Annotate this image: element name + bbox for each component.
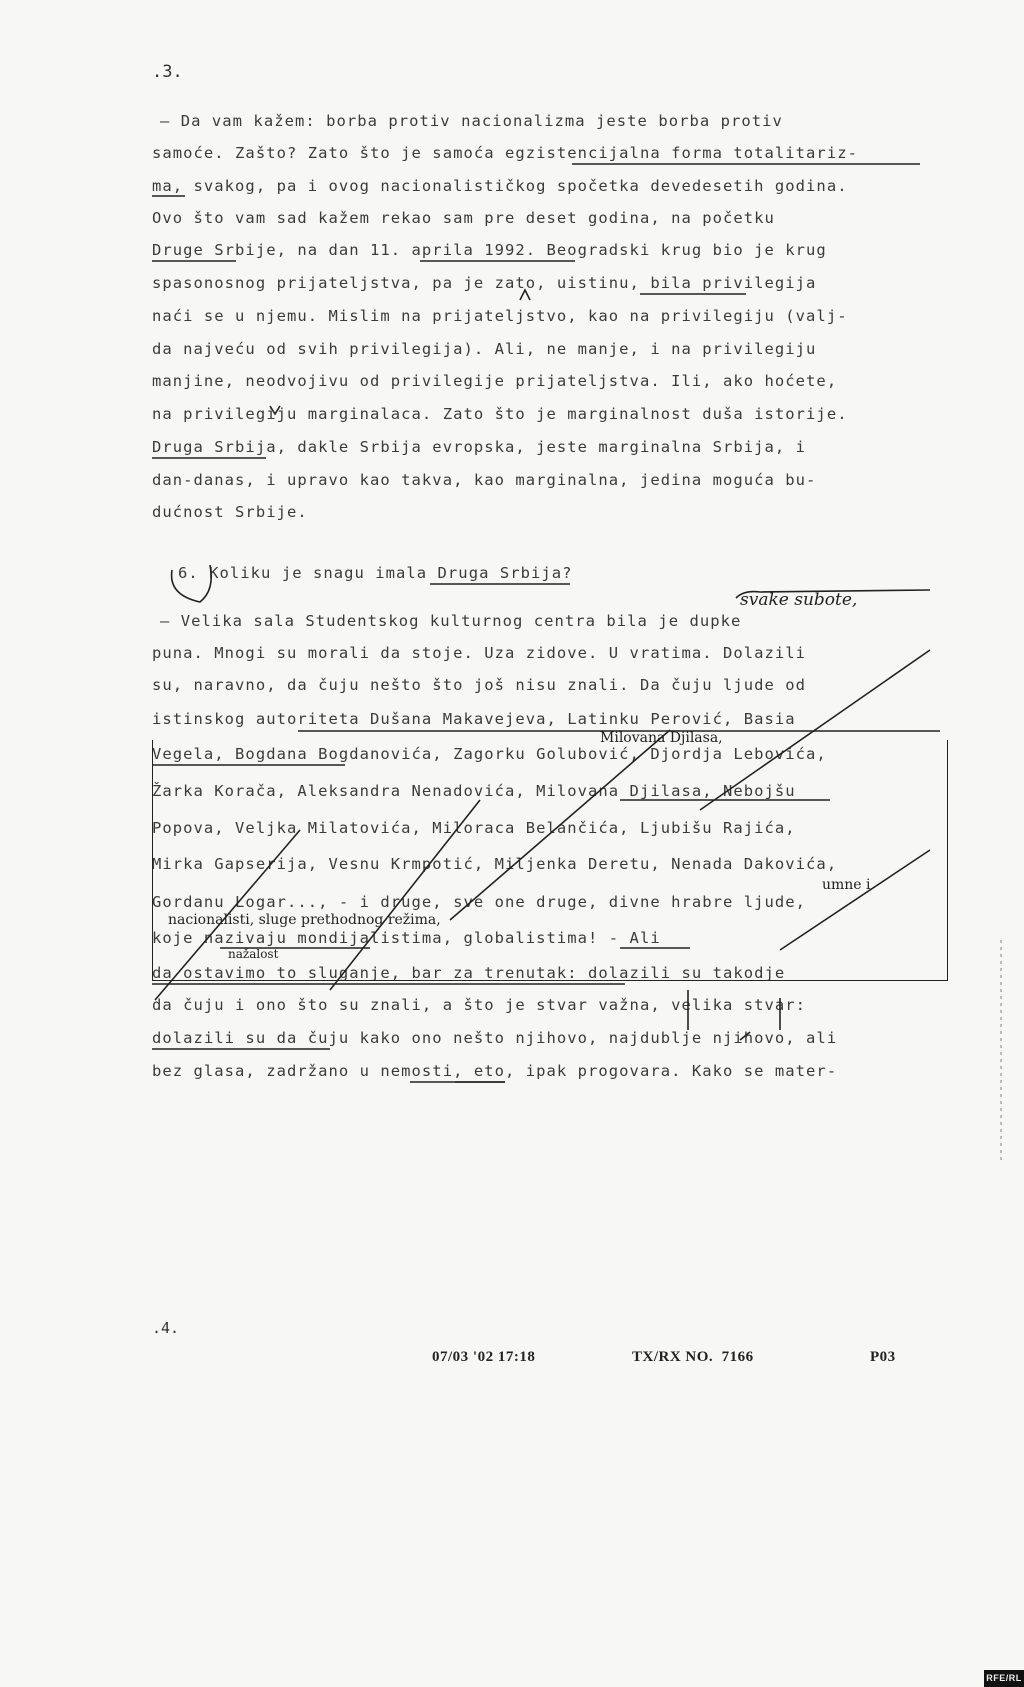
page-number-bottom: .4. [152, 1319, 179, 1337]
scanned-fax-page: .3. — Da vam kažem: borba protiv naciona… [0, 0, 1024, 1687]
fax-txrx-number: TX/RX NO. 7166 [632, 1349, 754, 1366]
handwritten-strokes [0, 0, 1024, 1687]
fax-datetime: 07/03 '02 17:18 [432, 1349, 535, 1366]
fax-page-code: P03 [870, 1349, 896, 1366]
rfe-rl-watermark: RFE/RL [984, 1670, 1024, 1687]
scan-edge-artifact [1000, 940, 1002, 1160]
